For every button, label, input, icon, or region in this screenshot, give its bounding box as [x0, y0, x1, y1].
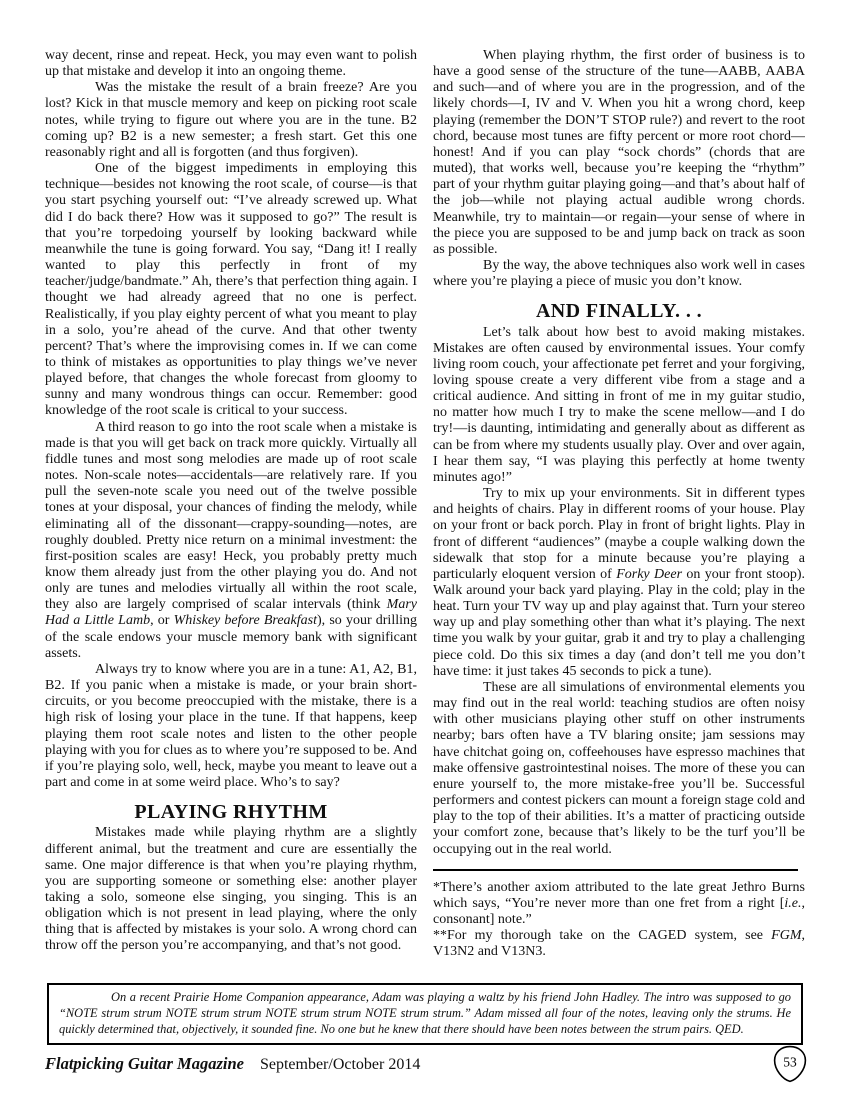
right-column: When playing rhythm, the first order of …: [433, 48, 805, 980]
guitar-pick-icon: 53: [773, 1045, 807, 1083]
magazine-page: way decent, rinse and repeat. Heck, you …: [0, 0, 850, 1100]
body-paragraph: Was the mistake the result of a brain fr…: [45, 80, 417, 161]
body-paragraph: Mistakes made while playing rhythm are a…: [45, 825, 417, 954]
issue-date: September/October 2014: [260, 1056, 420, 1074]
page-footer: Flatpicking Guitar Magazine September/Oc…: [45, 1044, 807, 1084]
page-number: 53: [783, 1055, 797, 1070]
footnote: **For my thorough take on the CAGED syst…: [433, 928, 805, 960]
body-paragraph: When playing rhythm, the first order of …: [433, 48, 805, 258]
section-heading: AND FINALLY. . .: [433, 303, 805, 319]
magazine-title: Flatpicking Guitar Magazine: [45, 1054, 244, 1074]
body-paragraph: One of the biggest impediments in employ…: [45, 161, 417, 420]
left-column: way decent, rinse and repeat. Heck, you …: [45, 48, 417, 980]
editor-note-text: On a recent Prairie Home Companion appea…: [59, 989, 791, 1037]
footer-publication-info: Flatpicking Guitar Magazine September/Oc…: [45, 1054, 420, 1074]
body-paragraph: way decent, rinse and repeat. Heck, you …: [45, 48, 417, 80]
body-paragraph: These are all simulations of environment…: [433, 680, 805, 858]
footnote-divider: [433, 869, 798, 871]
body-paragraph: Let’s talk about how best to avoid makin…: [433, 325, 805, 487]
body-paragraph: Always try to know where you are in a tu…: [45, 662, 417, 791]
body-paragraph: By the way, the above techniques also wo…: [433, 258, 805, 290]
body-paragraph: Try to mix up your environments. Sit in …: [433, 486, 805, 680]
body-paragraph: A third reason to go into the root scale…: [45, 420, 417, 662]
section-heading: PLAYING RHYTHM: [45, 804, 417, 820]
editor-note-box: On a recent Prairie Home Companion appea…: [47, 983, 803, 1045]
two-column-text-area: way decent, rinse and repeat. Heck, you …: [45, 48, 805, 980]
footnote: *There’s another axiom attributed to the…: [433, 880, 805, 928]
